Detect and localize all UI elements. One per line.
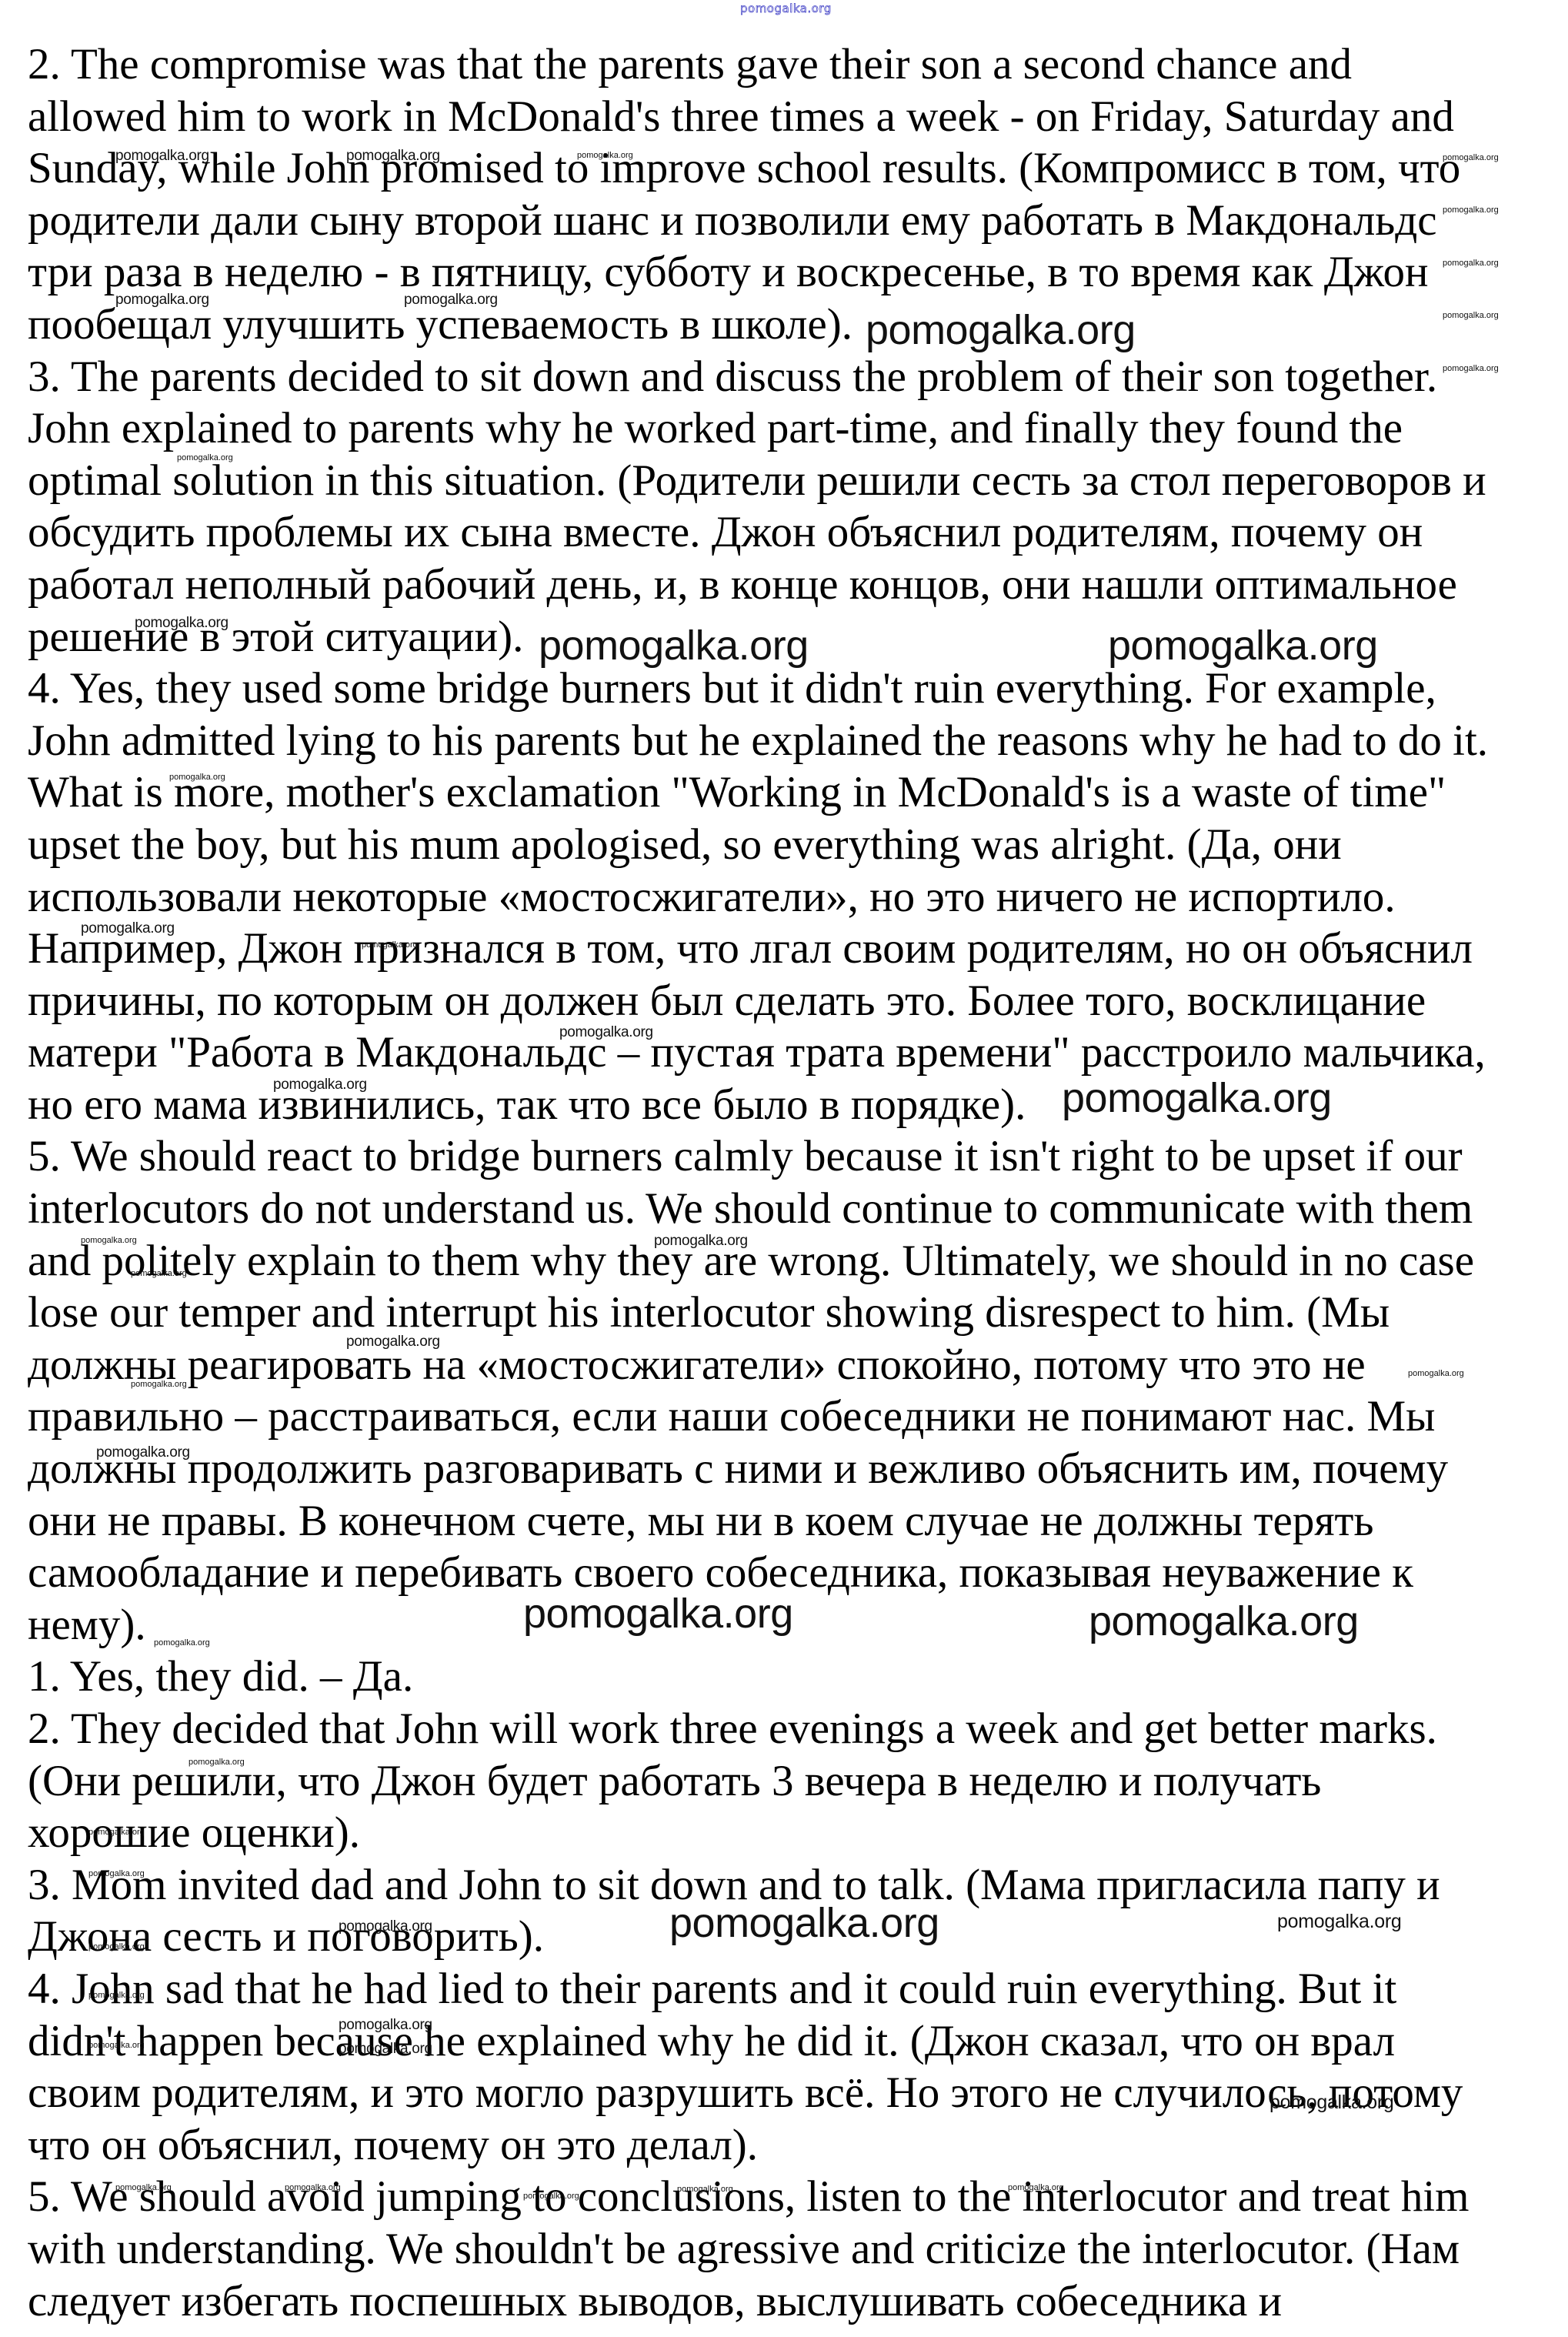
watermark-tiny: pomogalka.org: [1443, 259, 1499, 268]
text-line: What is more, mother's exclamation "Work…: [28, 766, 1559, 819]
watermark-tiny: pomogalka.org: [1443, 365, 1499, 373]
text-line: матери "Работа в Макдональдс – пустая тр…: [28, 1027, 1559, 1079]
text-line: они не правы. В конечном счете, мы ни в …: [28, 1495, 1559, 1547]
text-line: 1. Yes, they did. – Да.: [28, 1651, 1559, 1703]
text-line: хорошие оценки).: [28, 1807, 1559, 1859]
watermark-tiny: pomogalka.org: [362, 941, 418, 950]
text-line: allowed him to work in McDonald's three …: [28, 91, 1559, 143]
text-line: что он объяснил, почему он это делал).: [28, 2119, 1559, 2172]
watermark-tiny: pomogalka.org: [1443, 312, 1499, 320]
watermark-tiny: pomogalka.org: [115, 2184, 172, 2192]
watermark-tiny: pomogalka.org: [169, 773, 225, 782]
watermark-big: pomogalka.org: [1108, 625, 1378, 666]
header-watermark: pomogalka.org: [740, 2, 832, 15]
watermark-tiny: pomogalka.org: [523, 2192, 579, 2201]
watermark-tiny: pomogalka.org: [1008, 2184, 1064, 2192]
text-line: должны продолжить разговаривать с ними и…: [28, 1443, 1559, 1495]
text-line: Sunday, while John promised to improve s…: [28, 142, 1559, 195]
watermark-small: pomogalka.org: [135, 616, 229, 630]
text-line: lose our temper and interrupt his interl…: [28, 1287, 1559, 1339]
watermark-small: pomogalka.org: [654, 1234, 748, 1248]
watermark-small: pomogalka.org: [81, 921, 175, 936]
watermark-small: pomogalka.org: [339, 1919, 432, 1934]
document-page: pomogalka.org 2. The compromise was that…: [0, 0, 1568, 2337]
text-line: 5. We should avoid jumping to conclusion…: [28, 2171, 1559, 2223]
watermark-tiny: pomogalka.org: [88, 2042, 145, 2050]
text-line: John admitted lying to his parents but h…: [28, 715, 1559, 767]
watermark-small: pomogalka.org: [115, 292, 209, 307]
watermark-tiny: pomogalka.org: [577, 152, 633, 160]
text-line: должны реагировать на «мостосжигатели» с…: [28, 1339, 1559, 1391]
watermark-small: pomogalka.org: [346, 1334, 440, 1349]
text-line: правильно – расстраиваться, если наши со…: [28, 1391, 1559, 1443]
watermark-tiny: pomogalka.org: [1443, 154, 1499, 162]
text-line: причины, по которым он должен был сделат…: [28, 975, 1559, 1027]
watermark-big: pomogalka.org: [866, 309, 1136, 351]
watermark-tiny: pomogalka.org: [81, 1237, 137, 1245]
text-line: 2. The compromise was that the parents g…: [28, 38, 1559, 91]
watermark-tiny: pomogalka.org: [88, 1991, 145, 2000]
text-line: самообладание и перебивать своего собесе…: [28, 1547, 1559, 1599]
text-line: пообещал улучшить успеваемость в школе).: [28, 299, 1559, 351]
watermark-mid: pomogalka.org: [1277, 1912, 1401, 1931]
text-line: didn't happen because he explained why h…: [28, 2015, 1559, 2068]
watermark-small: pomogalka.org: [339, 2042, 432, 2056]
watermark-tiny: pomogalka.org: [188, 1758, 245, 1767]
text-line: (Они решили, что Джон будет работать 3 в…: [28, 1755, 1559, 1808]
watermark-tiny: pomogalka.org: [1408, 1370, 1464, 1378]
watermark-tiny: pomogalka.org: [1443, 206, 1499, 215]
watermark-small: pomogalka.org: [404, 292, 498, 307]
watermark-tiny: pomogalka.org: [177, 454, 233, 462]
text-line: три раза в неделю - в пятницу, субботу и…: [28, 246, 1559, 299]
text-line: optimal solution in this situation. (Род…: [28, 455, 1559, 507]
watermark-mid: pomogalka.org: [1269, 2093, 1393, 2112]
text-line: обсудить проблемы их сына вместе. Джон о…: [28, 506, 1559, 559]
text-line: upset the boy, but his mum apologised, s…: [28, 819, 1559, 871]
watermark-tiny: pomogalka.org: [88, 1870, 145, 1878]
watermark-small: pomogalka.org: [346, 149, 440, 163]
text-line: and politely explain to them why they ar…: [28, 1235, 1559, 1287]
text-line: with understanding. We shouldn't be agre…: [28, 2223, 1559, 2275]
text-line: следует избегать поспешных выводов, высл…: [28, 2275, 1559, 2328]
watermark-tiny: pomogalka.org: [154, 1639, 210, 1648]
watermark-small: pomogalka.org: [273, 1077, 367, 1092]
text-line: John explained to parents why he worked …: [28, 402, 1559, 455]
text-line: Например, Джон признался в том, что лгал…: [28, 923, 1559, 975]
text-line: 3. The parents decided to sit down and d…: [28, 351, 1559, 403]
watermark-big: pomogalka.org: [539, 625, 809, 666]
text-line: 5. We should react to bridge burners cal…: [28, 1130, 1559, 1183]
watermark-big: pomogalka.org: [523, 1593, 793, 1634]
watermark-tiny: pomogalka.org: [131, 1270, 187, 1278]
watermark-tiny: pomogalka.org: [131, 1380, 187, 1389]
watermark-big: pomogalka.org: [669, 1902, 939, 1944]
watermark-small: pomogalka.org: [115, 149, 209, 163]
watermark-small: pomogalka.org: [96, 1445, 190, 1460]
text-line: 2. They decided that John will work thre…: [28, 1703, 1559, 1755]
text-line: interlocutors do not understand us. We s…: [28, 1183, 1559, 1235]
text-line: 4. John sad that he had lied to their pa…: [28, 1963, 1559, 2015]
text-line: использовали некоторые «мостосжигатели»,…: [28, 871, 1559, 923]
watermark-big: pomogalka.org: [1062, 1077, 1332, 1119]
watermark-tiny: pomogalka.org: [285, 2184, 341, 2192]
watermark-small: pomogalka.org: [559, 1025, 653, 1040]
watermark-tiny: pomogalka.org: [88, 1828, 145, 1837]
watermark-tiny: pomogalka.org: [88, 1943, 145, 1951]
watermark-small: pomogalka.org: [339, 2018, 432, 2032]
document-body: 2. The compromise was that the parents g…: [28, 38, 1559, 2327]
watermark-tiny: pomogalka.org: [677, 2185, 733, 2194]
text-line: работал неполный рабочий день, и, в конц…: [28, 559, 1559, 611]
text-line: родители дали сыну второй шанс и позволи…: [28, 195, 1559, 247]
text-line: 4. Yes, they used some bridge burners bu…: [28, 663, 1559, 715]
watermark-big: pomogalka.org: [1089, 1601, 1359, 1642]
